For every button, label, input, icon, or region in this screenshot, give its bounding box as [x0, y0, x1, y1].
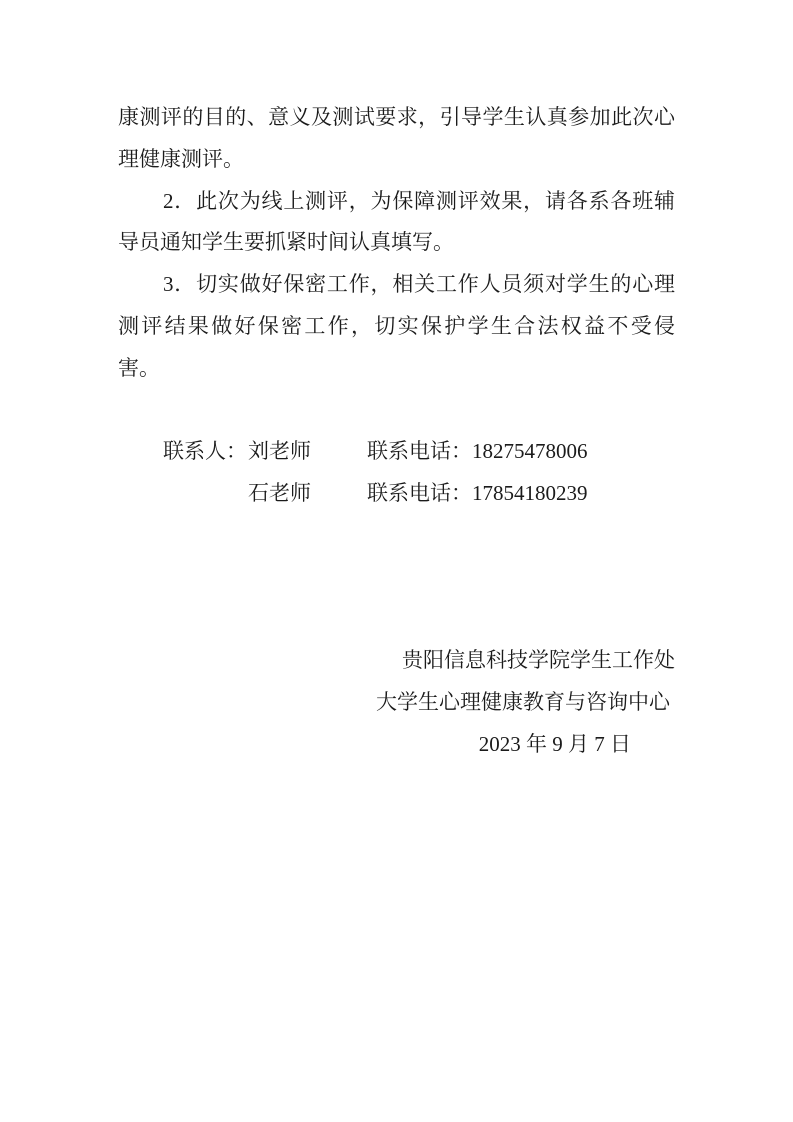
- document-page: 康测评的目的、意义及测试要求，引导学生认真参加此次心 理健康测评。 2．此次为线…: [0, 0, 793, 1122]
- body-line: 2．此次为线上测评，为保障测评效果，请各系各班辅: [118, 181, 675, 223]
- blank-line: [118, 390, 675, 432]
- body-line: 理健康测评。: [118, 139, 675, 181]
- blank-line: [118, 599, 675, 641]
- blank-line: [118, 515, 675, 557]
- contact-phone: 联系电话：18275478006: [367, 431, 588, 473]
- contact-phone-number: 18275478006: [472, 439, 588, 463]
- signature-org-line: 大学生心理健康教育与咨询中心: [118, 682, 675, 724]
- body-line: 3．切实做好保密工作，相关工作人员须对学生的心理: [118, 264, 675, 306]
- body-line: 康测评的目的、意义及测试要求，引导学生认真参加此次心: [118, 97, 675, 139]
- contact-row: 石老师 联系电话：17854180239: [118, 473, 675, 515]
- contact-phone-label: 联系电话：: [367, 481, 472, 505]
- body-line: 害。: [118, 348, 675, 390]
- body-line: 导员通知学生要抓紧时间认真填写。: [118, 222, 675, 264]
- body-line: 测评结果做好保密工作，切实保护学生合法权益不受侵: [118, 306, 675, 348]
- contact-phone-number: 17854180239: [472, 481, 588, 505]
- document-body: 康测评的目的、意义及测试要求，引导学生认真参加此次心 理健康测评。 2．此次为线…: [118, 97, 675, 766]
- signature-org-line: 贵阳信息科技学院学生工作处: [118, 640, 675, 682]
- contact-person: 石老师: [248, 473, 311, 515]
- signature-date: 2023 年 9 月 7 日: [118, 724, 675, 766]
- contact-phone-label: 联系电话：: [367, 439, 472, 463]
- blank-line: [118, 557, 675, 599]
- contact-person: 刘老师: [248, 431, 311, 473]
- contact-phone: 联系电话：17854180239: [367, 473, 588, 515]
- contact-row: 联系人： 刘老师 联系电话：18275478006: [118, 431, 675, 473]
- contact-label: 联系人：: [163, 431, 247, 473]
